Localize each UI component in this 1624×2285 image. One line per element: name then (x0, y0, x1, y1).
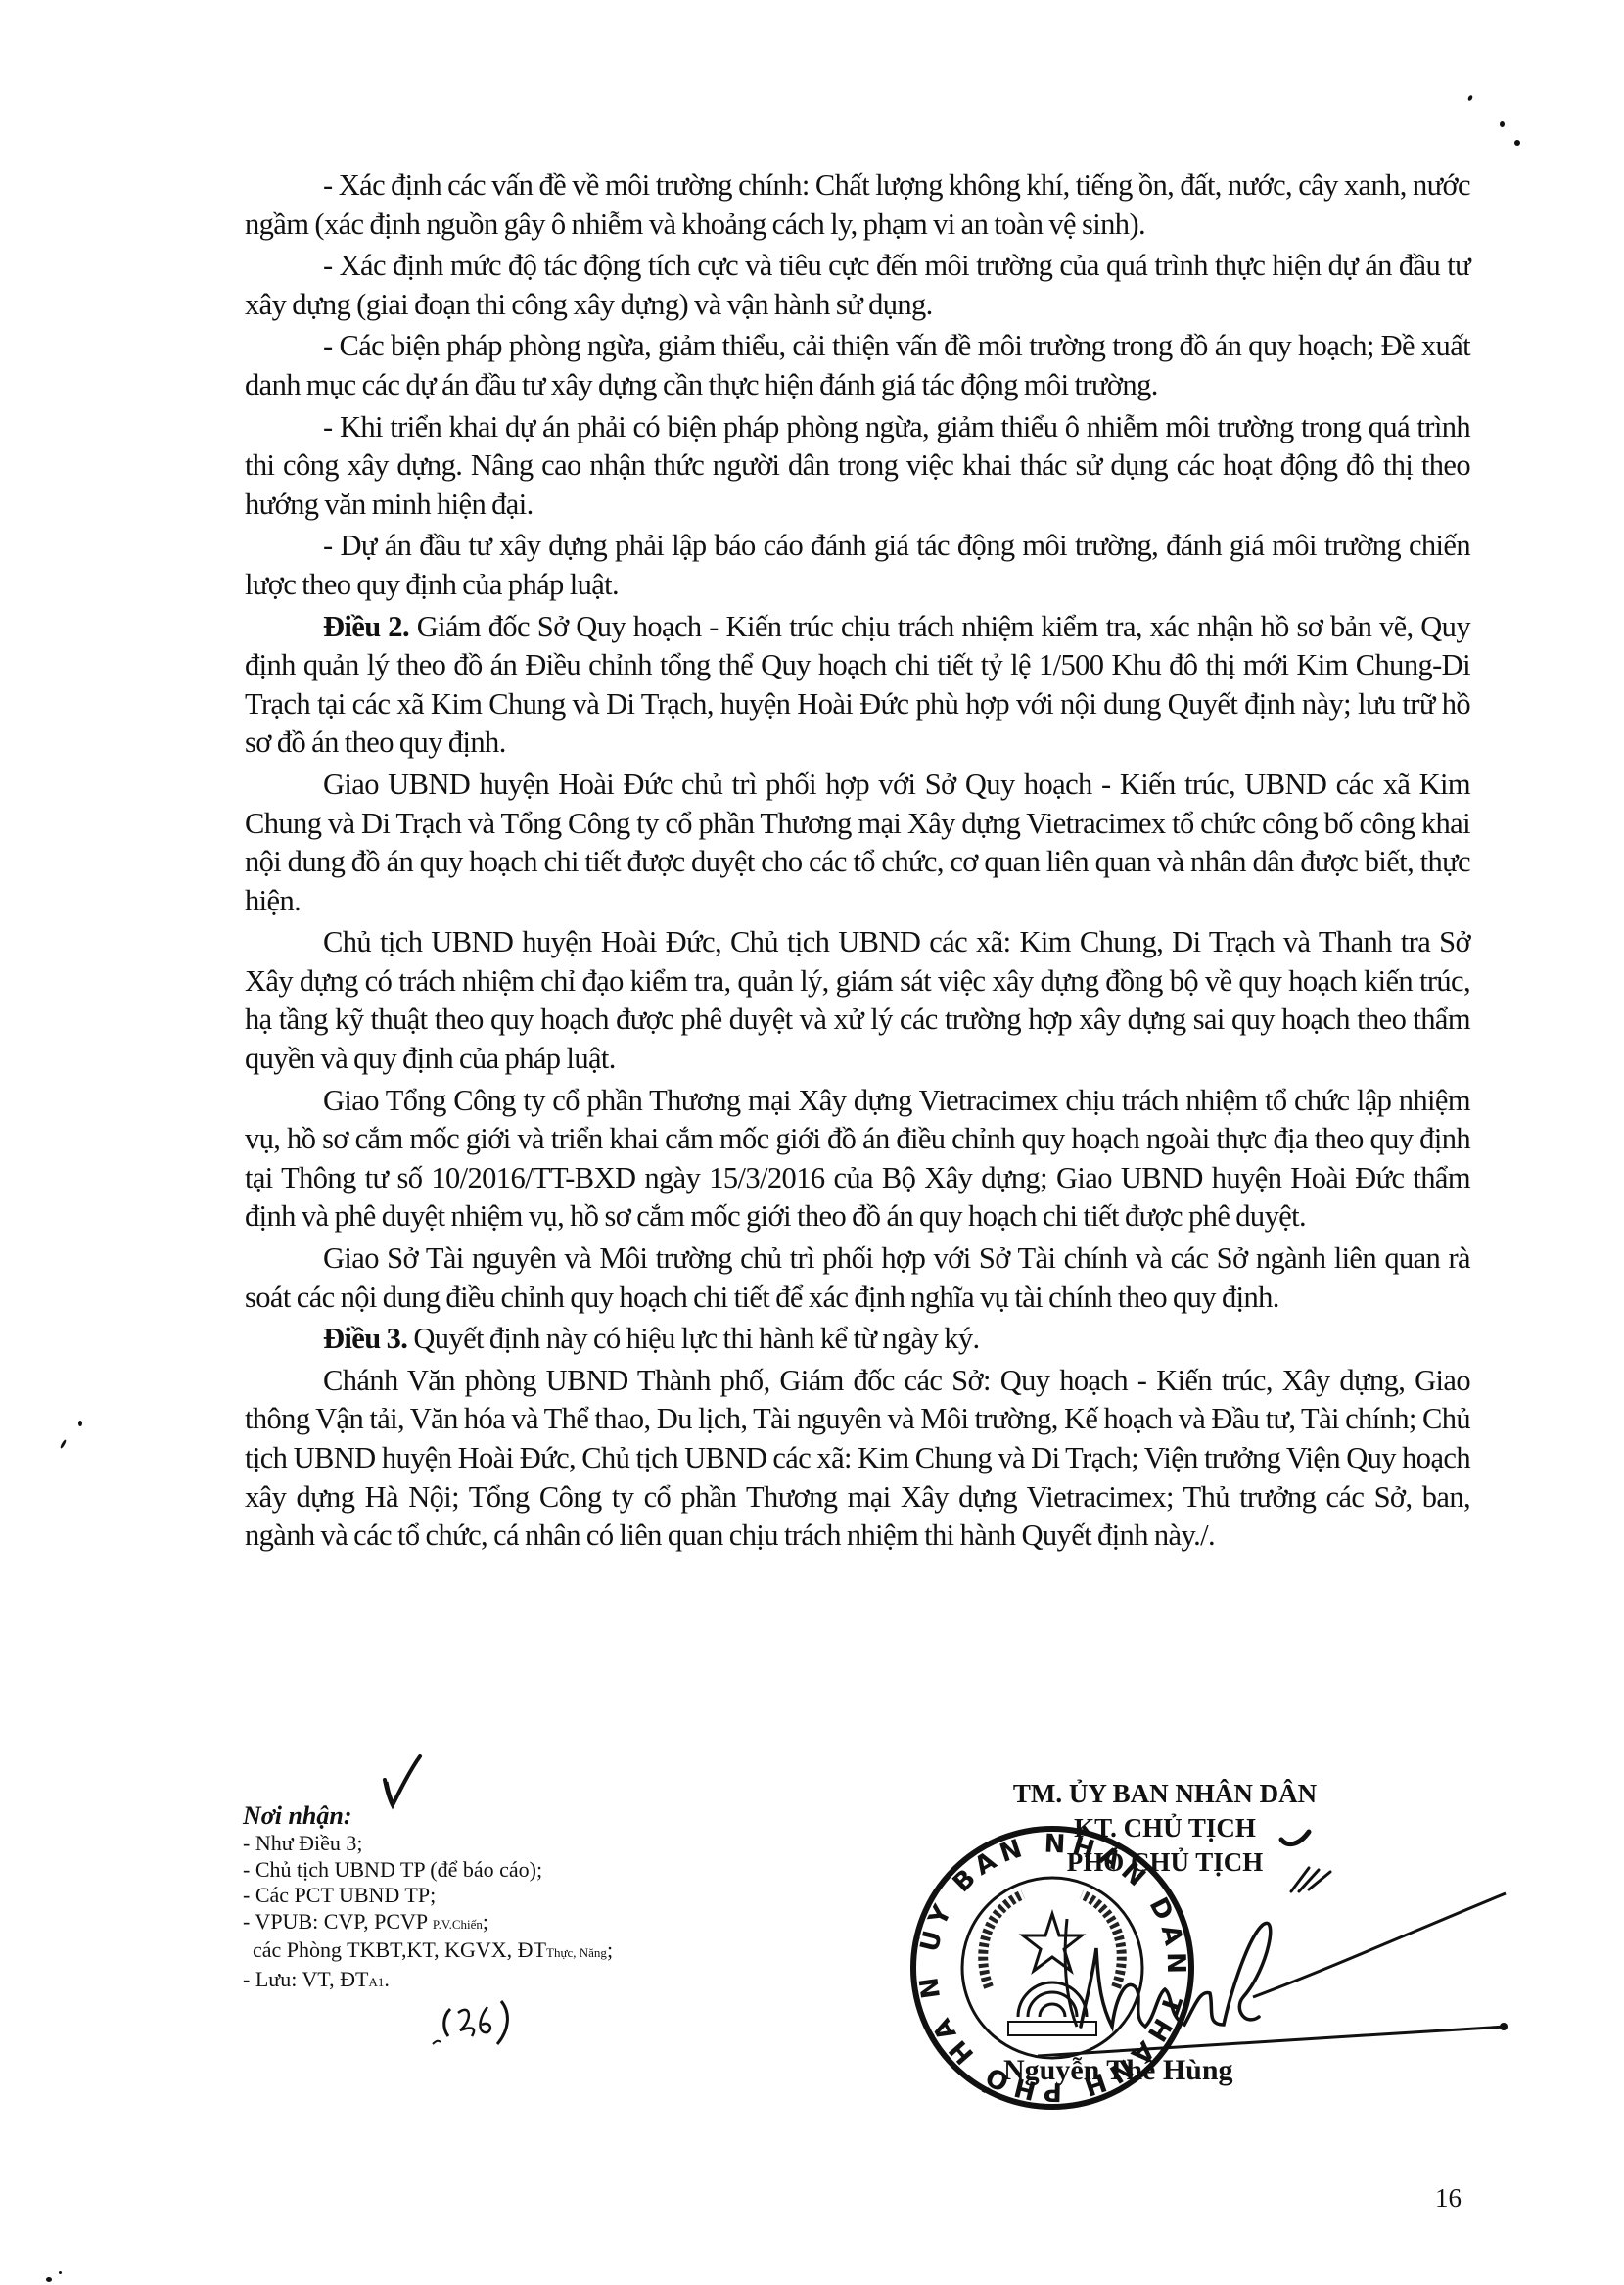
paragraph: - Dự án đầu tư xây dựng phải lập báo cáo… (245, 527, 1470, 604)
scan-speck (78, 1421, 82, 1426)
recipients-list: Nơi nhận: - Như Điều 3; - Chủ tịch UBND … (243, 1801, 613, 1995)
article-label: Điều 2. (323, 610, 409, 643)
scan-speck (1500, 121, 1505, 127)
recipient-item: - VPUB: CVP, PCVP P.V.Chiến; (243, 1909, 613, 1938)
paragraph: Giao Tổng Công ty cổ phần Thương mại Xây… (245, 1082, 1470, 1236)
recipient-item: - Chủ tịch UBND TP (để báo cáo); (243, 1857, 613, 1884)
signature-line-3: PHÓ CHỦ TỊCH (910, 1845, 1419, 1880)
scan-speck (1514, 140, 1520, 146)
paragraph: Chủ tịch UBND huyện Hoài Đức, Chủ tịch U… (245, 923, 1470, 1078)
scan-speck (60, 1439, 68, 1449)
paragraph: - Xác định mức độ tác động tích cực và t… (245, 247, 1470, 324)
paragraph: - Xác định các vấn đề về môi trường chín… (245, 166, 1470, 244)
paragraph: Giao UBND huyện Hoài Đức chủ trì phối hợ… (245, 766, 1470, 920)
signature-line-2: KT. CHỦ TỊCH (910, 1811, 1419, 1845)
article-3-paragraph: Điều 3. Quyết định này có hiệu lực thi h… (245, 1320, 1470, 1359)
document-body: - Xác định các vấn đề về môi trường chín… (245, 166, 1470, 1559)
paragraph: - Khi triển khai dự án phải có biện pháp… (245, 408, 1470, 525)
article-label: Điều 3. (323, 1322, 407, 1355)
paragraph: Giao Sở Tài nguyên và Môi trường chủ trì… (245, 1239, 1470, 1317)
handwritten-initials (431, 1997, 538, 2056)
recipient-item: - Như Điều 3; (243, 1831, 613, 1857)
recipients-heading: Nơi nhận: (243, 1801, 613, 1831)
paragraph: - Các biện pháp phòng ngừa, giảm thiểu, … (245, 327, 1470, 404)
recipient-item: - Lưu: VT, ĐTA1. (243, 1967, 613, 1996)
handwritten-signature (1038, 1880, 1508, 2056)
scan-speck (1467, 94, 1473, 101)
document-page: - Xác định các vấn đề về môi trường chín… (0, 0, 1624, 2285)
signer-name: Nguyễn Thế Hùng (1003, 2054, 1233, 2087)
article-2-paragraph: Điều 2. Giám đốc Sở Quy hoạch - Kiến trú… (245, 608, 1470, 763)
page-number: 16 (1435, 2183, 1462, 2214)
recipient-item: các Phòng TKBT,KT, KGVX, ĐTThực, Năng; (243, 1937, 613, 1967)
handwritten-tick-icon (1277, 1826, 1317, 1849)
signature-block: TM. ỦY BAN NHÂN DÂN KT. CHỦ TỊCH PHÓ CHỦ… (910, 1777, 1419, 1880)
paragraph: Chánh Văn phòng UBND Thành phố, Giám đốc… (245, 1362, 1470, 1556)
scan-speck (59, 2271, 62, 2274)
recipient-item: - Các PCT UBND TP; (243, 1883, 613, 1909)
scan-speck (46, 2277, 52, 2282)
signature-line-1: TM. ỦY BAN NHÂN DÂN (910, 1777, 1419, 1811)
